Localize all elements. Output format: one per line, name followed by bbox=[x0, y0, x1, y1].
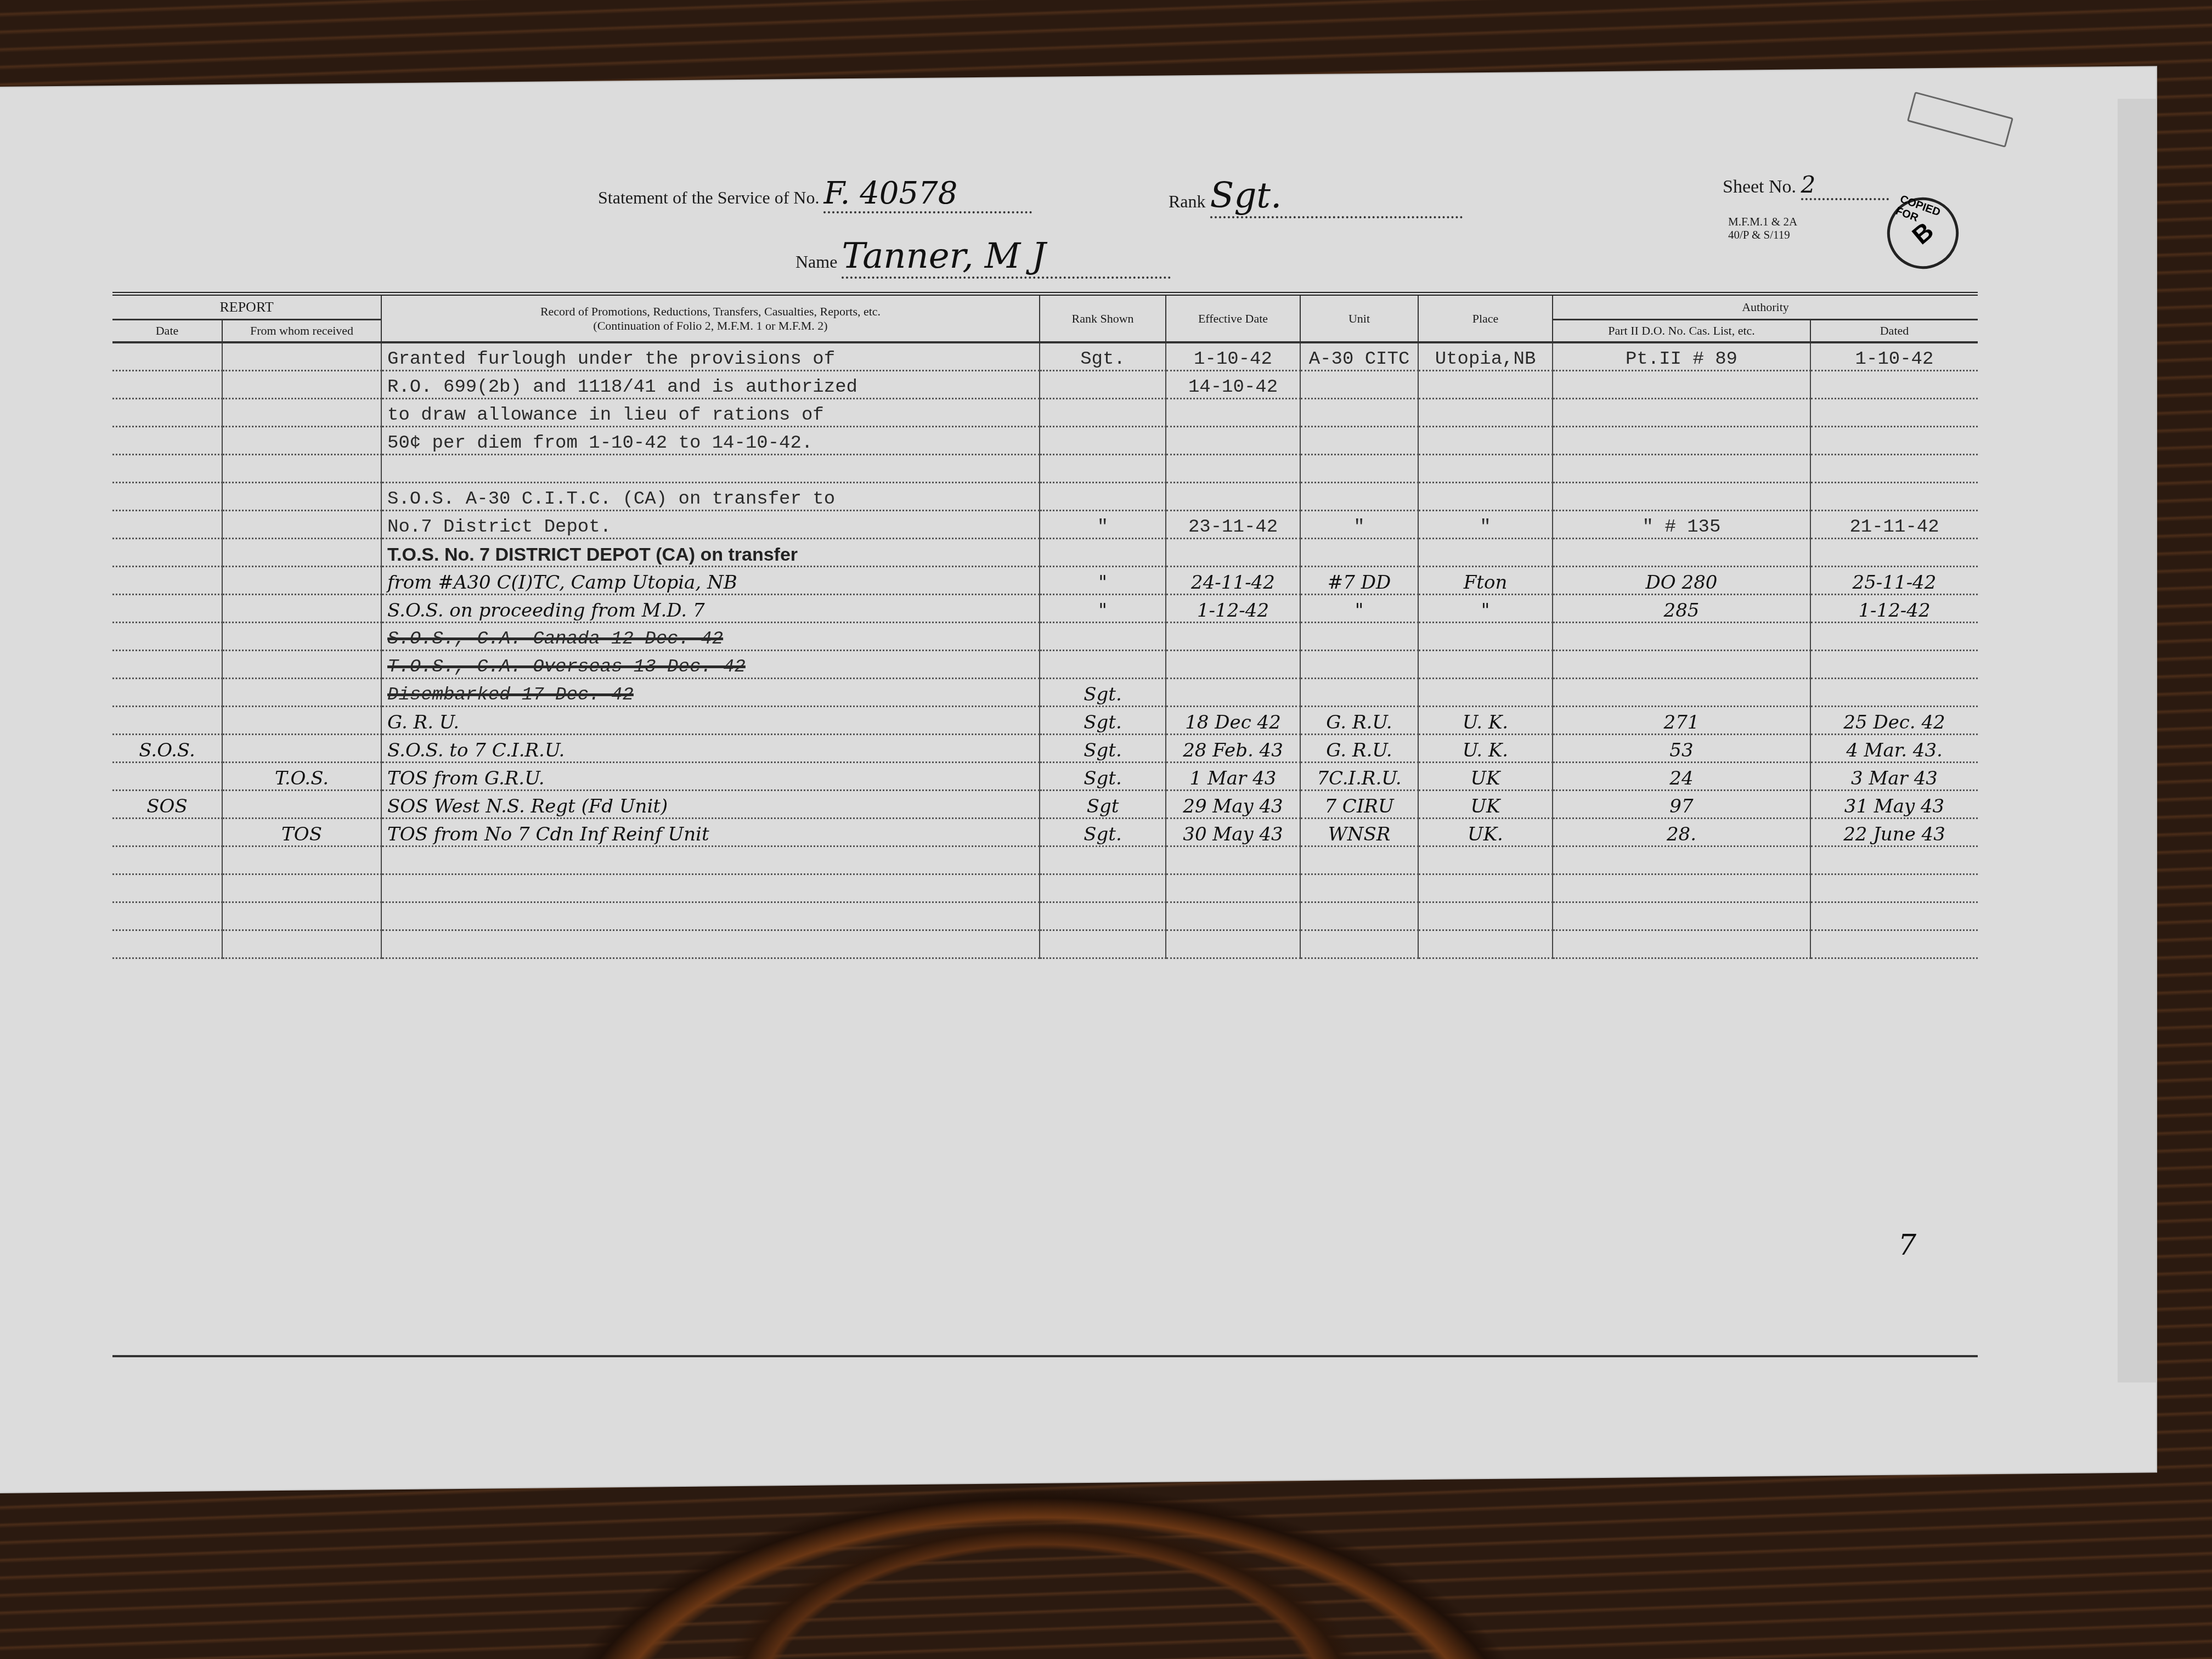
record-cell: T.O.S., C.A. Overseas 13 Dec. 42 bbox=[381, 651, 1040, 679]
rank-label: Rank bbox=[1169, 191, 1206, 211]
record-cell bbox=[381, 930, 1040, 958]
name-line: Name Tanner, M J bbox=[795, 236, 1171, 279]
authority-part2-cell bbox=[1553, 902, 1810, 930]
authority-part2-cell bbox=[1553, 483, 1810, 511]
report-date-cell bbox=[112, 455, 222, 483]
report-from-cell bbox=[222, 567, 381, 595]
service-number-line: Statement of the Service of No. F. 40578 bbox=[598, 176, 1032, 213]
report-date-cell bbox=[112, 511, 222, 539]
effective-date-cell bbox=[1166, 427, 1300, 455]
rank-shown-cell bbox=[1040, 930, 1166, 958]
authority-part2-cell bbox=[1553, 427, 1810, 455]
unit-cell bbox=[1300, 874, 1418, 902]
record-cell bbox=[381, 455, 1040, 483]
report-date-cell bbox=[112, 342, 222, 371]
report-from-cell bbox=[222, 427, 381, 455]
record-cell: SOS West N.S. Regt (Fd Unit) bbox=[381, 791, 1040, 819]
record-cell: Disembarked 17 Dec. 42 bbox=[381, 679, 1040, 707]
place-cell bbox=[1418, 847, 1553, 874]
rank-shown-cell: Sgt. bbox=[1040, 819, 1166, 847]
authority-dated-cell bbox=[1810, 539, 1978, 567]
table-row bbox=[112, 930, 1978, 958]
authority-dated-cell: 4 Mar. 43. bbox=[1810, 735, 1978, 763]
place-cell bbox=[1418, 455, 1553, 483]
record-cell: S.O.S. A-30 C.I.T.C. (CA) on transfer to bbox=[381, 483, 1040, 511]
report-date-cell bbox=[112, 874, 222, 902]
unit-cell bbox=[1300, 847, 1418, 874]
effective-date-cell: 23-11-42 bbox=[1166, 511, 1300, 539]
report-from-cell bbox=[222, 791, 381, 819]
record-cell: S.O.S., C.A. Canada 12 Dec. 42 bbox=[381, 623, 1040, 651]
header-date: Date bbox=[112, 320, 222, 343]
record-cell: R.O. 699(2b) and 1118/41 and is authoriz… bbox=[381, 371, 1040, 399]
unit-cell bbox=[1300, 399, 1418, 427]
table-row: T.O.S., C.A. Overseas 13 Dec. 42 bbox=[112, 651, 1978, 679]
authority-dated-cell bbox=[1810, 679, 1978, 707]
record-cell bbox=[381, 902, 1040, 930]
record-cell: TOS from G.R.U. bbox=[381, 763, 1040, 791]
unit-cell: G. R.U. bbox=[1300, 707, 1418, 735]
place-cell: UK bbox=[1418, 763, 1553, 791]
header-rank-shown: Rank Shown bbox=[1040, 294, 1166, 343]
authority-part2-cell: Pt.II # 89 bbox=[1553, 342, 1810, 371]
report-from-cell bbox=[222, 623, 381, 651]
unit-cell: " bbox=[1300, 511, 1418, 539]
table-row: S.O.S.S.O.S. to 7 C.I.R.U.Sgt.28 Feb. 43… bbox=[112, 735, 1978, 763]
authority-part2-cell: 271 bbox=[1553, 707, 1810, 735]
header-from-whom: From whom received bbox=[222, 320, 381, 343]
service-record-table: REPORT Record of Promotions, Reductions,… bbox=[112, 292, 1978, 959]
report-date-cell: SOS bbox=[112, 791, 222, 819]
place-cell bbox=[1418, 483, 1553, 511]
underlying-sheet-edge bbox=[2118, 99, 2156, 1383]
record-cell: from #A30 C(I)TC, Camp Utopia, NB bbox=[381, 567, 1040, 595]
authority-part2-cell bbox=[1553, 679, 1810, 707]
table-row: R.O. 699(2b) and 1118/41 and is authoriz… bbox=[112, 371, 1978, 399]
record-cell: TOS from No 7 Cdn Inf Reinf Unit bbox=[381, 819, 1040, 847]
effective-date-cell: 30 May 43 bbox=[1166, 819, 1300, 847]
sheet-number-value: 2 bbox=[1801, 171, 1889, 200]
header-record-line-2: (Continuation of Folio 2, M.F.M. 1 or M.… bbox=[384, 319, 1037, 333]
place-cell bbox=[1418, 371, 1553, 399]
report-from-cell bbox=[222, 483, 381, 511]
header-dated: Dated bbox=[1810, 320, 1978, 343]
report-from-cell bbox=[222, 595, 381, 623]
table-row: TOSTOS from No 7 Cdn Inf Reinf UnitSgt.3… bbox=[112, 819, 1978, 847]
rank-shown-cell bbox=[1040, 427, 1166, 455]
record-cell bbox=[381, 847, 1040, 874]
unit-cell bbox=[1300, 455, 1418, 483]
report-date-cell bbox=[112, 567, 222, 595]
authority-part2-cell bbox=[1553, 623, 1810, 651]
name-label: Name bbox=[795, 252, 837, 272]
effective-date-cell bbox=[1166, 399, 1300, 427]
form-ref-line-2: 40/P & S/119 bbox=[1728, 228, 1797, 241]
unit-cell bbox=[1300, 539, 1418, 567]
report-from-cell bbox=[222, 511, 381, 539]
rank-shown-cell bbox=[1040, 371, 1166, 399]
report-date-cell bbox=[112, 371, 222, 399]
rank-shown-cell: Sgt bbox=[1040, 791, 1166, 819]
authority-part2-cell: DO 280 bbox=[1553, 567, 1810, 595]
place-cell: UK. bbox=[1418, 819, 1553, 847]
report-from-cell bbox=[222, 399, 381, 427]
authority-dated-cell: 25-11-42 bbox=[1810, 567, 1978, 595]
authority-part2-cell bbox=[1553, 371, 1810, 399]
unit-cell bbox=[1300, 902, 1418, 930]
place-cell bbox=[1418, 902, 1553, 930]
table-row bbox=[112, 455, 1978, 483]
table-row: T.O.S. No. 7 DISTRICT DEPOT (CA) on tran… bbox=[112, 539, 1978, 567]
place-cell: " bbox=[1418, 595, 1553, 623]
place-cell: Utopia,NB bbox=[1418, 342, 1553, 371]
rank-shown-cell bbox=[1040, 399, 1166, 427]
header-authority: Authority bbox=[1553, 294, 1978, 320]
table-row: from #A30 C(I)TC, Camp Utopia, NB"24-11-… bbox=[112, 567, 1978, 595]
authority-dated-cell bbox=[1810, 371, 1978, 399]
table-row: 50¢ per diem from 1-10-42 to 14-10-42. bbox=[112, 427, 1978, 455]
effective-date-cell bbox=[1166, 623, 1300, 651]
place-cell bbox=[1418, 874, 1553, 902]
report-date-cell bbox=[112, 763, 222, 791]
rank-line: Rank Sgt. bbox=[1169, 176, 1463, 218]
authority-part2-cell: 24 bbox=[1553, 763, 1810, 791]
authority-dated-cell: 22 June 43 bbox=[1810, 819, 1978, 847]
header-record: Record of Promotions, Reductions, Transf… bbox=[381, 294, 1040, 343]
report-from-cell bbox=[222, 874, 381, 902]
effective-date-cell: 18 Dec 42 bbox=[1166, 707, 1300, 735]
effective-date-cell bbox=[1166, 930, 1300, 958]
authority-dated-cell: 25 Dec. 42 bbox=[1810, 707, 1978, 735]
rank-shown-cell: Sgt. bbox=[1040, 763, 1166, 791]
unit-cell: " bbox=[1300, 595, 1418, 623]
report-from-cell bbox=[222, 342, 381, 371]
authority-dated-cell bbox=[1810, 902, 1978, 930]
place-cell: UK bbox=[1418, 791, 1553, 819]
place-cell bbox=[1418, 651, 1553, 679]
record-cell bbox=[381, 874, 1040, 902]
place-cell bbox=[1418, 399, 1553, 427]
authority-part2-cell bbox=[1553, 455, 1810, 483]
report-date-cell bbox=[112, 902, 222, 930]
authority-dated-cell: 21-11-42 bbox=[1810, 511, 1978, 539]
unit-cell: 7 CIRU bbox=[1300, 791, 1418, 819]
rank-shown-cell bbox=[1040, 651, 1166, 679]
effective-date-cell bbox=[1166, 874, 1300, 902]
authority-dated-cell bbox=[1810, 930, 1978, 958]
table-row: Granted furlough under the provisions of… bbox=[112, 342, 1978, 371]
effective-date-cell bbox=[1166, 539, 1300, 567]
sheet-number-label: Sheet No. bbox=[1723, 177, 1796, 197]
table-row: No.7 District Depot."23-11-42""" # 13521… bbox=[112, 511, 1978, 539]
report-from-cell bbox=[222, 902, 381, 930]
authority-part2-cell bbox=[1553, 399, 1810, 427]
authority-part2-cell: 53 bbox=[1553, 735, 1810, 763]
record-cell: G. R. U. bbox=[381, 707, 1040, 735]
authority-dated-cell bbox=[1810, 427, 1978, 455]
effective-date-cell: 14-10-42 bbox=[1166, 371, 1300, 399]
name-value: Tanner, M J bbox=[842, 236, 1171, 279]
effective-date-cell: 1-12-42 bbox=[1166, 595, 1300, 623]
record-cell: Granted furlough under the provisions of bbox=[381, 342, 1040, 371]
table-bottom-rule bbox=[112, 1355, 1978, 1357]
report-date-cell bbox=[112, 819, 222, 847]
table-row: S.O.S., C.A. Canada 12 Dec. 42 bbox=[112, 623, 1978, 651]
record-cell: S.O.S. to 7 C.I.R.U. bbox=[381, 735, 1040, 763]
effective-date-cell: 29 May 43 bbox=[1166, 791, 1300, 819]
place-cell: Fton bbox=[1418, 567, 1553, 595]
authority-dated-cell: 3 Mar 43 bbox=[1810, 763, 1978, 791]
sheet-number-line: Sheet No. 2 bbox=[1723, 171, 1889, 200]
rank-shown-cell: " bbox=[1040, 567, 1166, 595]
report-from-cell bbox=[222, 455, 381, 483]
table-row bbox=[112, 902, 1978, 930]
authority-part2-cell bbox=[1553, 847, 1810, 874]
authority-dated-cell: 1-10-42 bbox=[1810, 342, 1978, 371]
authority-dated-cell: 1-12-42 bbox=[1810, 595, 1978, 623]
unit-cell: A-30 CITC bbox=[1300, 342, 1418, 371]
authority-dated-cell bbox=[1810, 874, 1978, 902]
unit-cell: 7C.I.R.U. bbox=[1300, 763, 1418, 791]
effective-date-cell bbox=[1166, 679, 1300, 707]
unit-cell bbox=[1300, 427, 1418, 455]
table-row: Disembarked 17 Dec. 42Sgt. bbox=[112, 679, 1978, 707]
effective-date-cell bbox=[1166, 651, 1300, 679]
authority-part2-cell: 28. bbox=[1553, 819, 1810, 847]
rank-shown-cell: Sgt. bbox=[1040, 707, 1166, 735]
effective-date-cell: 24-11-42 bbox=[1166, 567, 1300, 595]
record-cell: S.O.S. on proceeding from M.D. 7 bbox=[381, 595, 1040, 623]
report-from-cell bbox=[222, 651, 381, 679]
rank-shown-cell bbox=[1040, 847, 1166, 874]
place-cell bbox=[1418, 623, 1553, 651]
report-date-cell bbox=[112, 930, 222, 958]
authority-part2-cell bbox=[1553, 874, 1810, 902]
service-number-label: Statement of the Service of No. bbox=[598, 188, 819, 207]
table-row: T.O.S.TOS from G.R.U.Sgt.1 Mar 437C.I.R.… bbox=[112, 763, 1978, 791]
authority-dated-cell bbox=[1810, 847, 1978, 874]
header-report: REPORT bbox=[112, 294, 381, 320]
report-date-cell bbox=[112, 427, 222, 455]
rank-shown-cell: Sgt. bbox=[1040, 735, 1166, 763]
table-row: G. R. U.Sgt.18 Dec 42G. R.U.U. K.27125 D… bbox=[112, 707, 1978, 735]
header-place: Place bbox=[1418, 294, 1553, 343]
authority-dated-cell bbox=[1810, 623, 1978, 651]
effective-date-cell bbox=[1166, 902, 1300, 930]
authority-dated-cell bbox=[1810, 399, 1978, 427]
record-cell: 50¢ per diem from 1-10-42 to 14-10-42. bbox=[381, 427, 1040, 455]
unit-cell: WNSR bbox=[1300, 819, 1418, 847]
report-date-cell bbox=[112, 483, 222, 511]
unit-cell bbox=[1300, 623, 1418, 651]
record-cell: T.O.S. No. 7 DISTRICT DEPOT (CA) on tran… bbox=[381, 539, 1040, 567]
margin-mark: 7 bbox=[1898, 1229, 1916, 1262]
table-row: S.O.S. on proceeding from M.D. 7"1-12-42… bbox=[112, 595, 1978, 623]
rank-shown-cell bbox=[1040, 483, 1166, 511]
authority-dated-cell bbox=[1810, 651, 1978, 679]
unit-cell: #7 DD bbox=[1300, 567, 1418, 595]
place-cell bbox=[1418, 930, 1553, 958]
effective-date-cell bbox=[1166, 455, 1300, 483]
table-row bbox=[112, 874, 1978, 902]
authority-dated-cell bbox=[1810, 483, 1978, 511]
header-record-line-1: Record of Promotions, Reductions, Transf… bbox=[384, 304, 1037, 319]
place-cell: U. K. bbox=[1418, 707, 1553, 735]
report-date-cell bbox=[112, 623, 222, 651]
report-date-cell bbox=[112, 539, 222, 567]
report-from-cell bbox=[222, 371, 381, 399]
report-date-cell bbox=[112, 679, 222, 707]
place-cell bbox=[1418, 427, 1553, 455]
unit-cell bbox=[1300, 651, 1418, 679]
report-from-cell bbox=[222, 847, 381, 874]
rank-shown-cell: Sgt. bbox=[1040, 342, 1166, 371]
report-from-cell bbox=[222, 707, 381, 735]
rank-shown-cell bbox=[1040, 455, 1166, 483]
unit-cell bbox=[1300, 930, 1418, 958]
report-from-cell bbox=[222, 539, 381, 567]
rank-shown-cell: Sgt. bbox=[1040, 679, 1166, 707]
table-row: SOSSOS West N.S. Regt (Fd Unit)Sgt29 May… bbox=[112, 791, 1978, 819]
effective-date-cell bbox=[1166, 847, 1300, 874]
record-cell: to draw allowance in lieu of rations of bbox=[381, 399, 1040, 427]
form-ref-line-1: M.F.M.1 & 2A bbox=[1728, 215, 1797, 228]
service-number-value: F. 40578 bbox=[823, 176, 1032, 213]
table-row bbox=[112, 847, 1978, 874]
record-cell: No.7 District Depot. bbox=[381, 511, 1040, 539]
header-unit: Unit bbox=[1300, 294, 1418, 343]
rank-shown-cell bbox=[1040, 902, 1166, 930]
header-part2: Part II D.O. No. Cas. List, etc. bbox=[1553, 320, 1810, 343]
table-row: to draw allowance in lieu of rations of bbox=[112, 399, 1978, 427]
place-cell bbox=[1418, 539, 1553, 567]
effective-date-cell: 1 Mar 43 bbox=[1166, 763, 1300, 791]
rank-shown-cell bbox=[1040, 874, 1166, 902]
rank-shown-cell bbox=[1040, 623, 1166, 651]
report-date-cell bbox=[112, 595, 222, 623]
authority-part2-cell: 97 bbox=[1553, 791, 1810, 819]
report-from-cell bbox=[222, 930, 381, 958]
authority-part2-cell bbox=[1553, 651, 1810, 679]
place-cell: U. K. bbox=[1418, 735, 1553, 763]
report-from-cell bbox=[222, 735, 381, 763]
report-date-cell bbox=[112, 707, 222, 735]
form-reference: M.F.M.1 & 2A 40/P & S/119 bbox=[1728, 215, 1797, 241]
authority-part2-cell: 285 bbox=[1553, 595, 1810, 623]
authority-dated-cell: 31 May 43 bbox=[1810, 791, 1978, 819]
header-effective-date: Effective Date bbox=[1166, 294, 1300, 343]
report-from-cell bbox=[222, 679, 381, 707]
unit-cell bbox=[1300, 371, 1418, 399]
effective-date-cell bbox=[1166, 483, 1300, 511]
rank-value: Sgt. bbox=[1210, 176, 1463, 218]
effective-date-cell: 28 Feb. 43 bbox=[1166, 735, 1300, 763]
unit-cell bbox=[1300, 679, 1418, 707]
report-from-cell: T.O.S. bbox=[222, 763, 381, 791]
table-row: S.O.S. A-30 C.I.T.C. (CA) on transfer to bbox=[112, 483, 1978, 511]
report-date-cell: S.O.S. bbox=[112, 735, 222, 763]
place-cell bbox=[1418, 679, 1553, 707]
rank-shown-cell: " bbox=[1040, 595, 1166, 623]
authority-part2-cell: " # 135 bbox=[1553, 511, 1810, 539]
authority-dated-cell bbox=[1810, 455, 1978, 483]
authority-part2-cell bbox=[1553, 930, 1810, 958]
report-from-cell: TOS bbox=[222, 819, 381, 847]
unit-cell: G. R.U. bbox=[1300, 735, 1418, 763]
unit-cell bbox=[1300, 483, 1418, 511]
authority-part2-cell bbox=[1553, 539, 1810, 567]
effective-date-cell: 1-10-42 bbox=[1166, 342, 1300, 371]
report-date-cell bbox=[112, 651, 222, 679]
place-cell: " bbox=[1418, 511, 1553, 539]
report-date-cell bbox=[112, 847, 222, 874]
rank-shown-cell: " bbox=[1040, 511, 1166, 539]
rank-shown-cell bbox=[1040, 539, 1166, 567]
report-date-cell bbox=[112, 399, 222, 427]
